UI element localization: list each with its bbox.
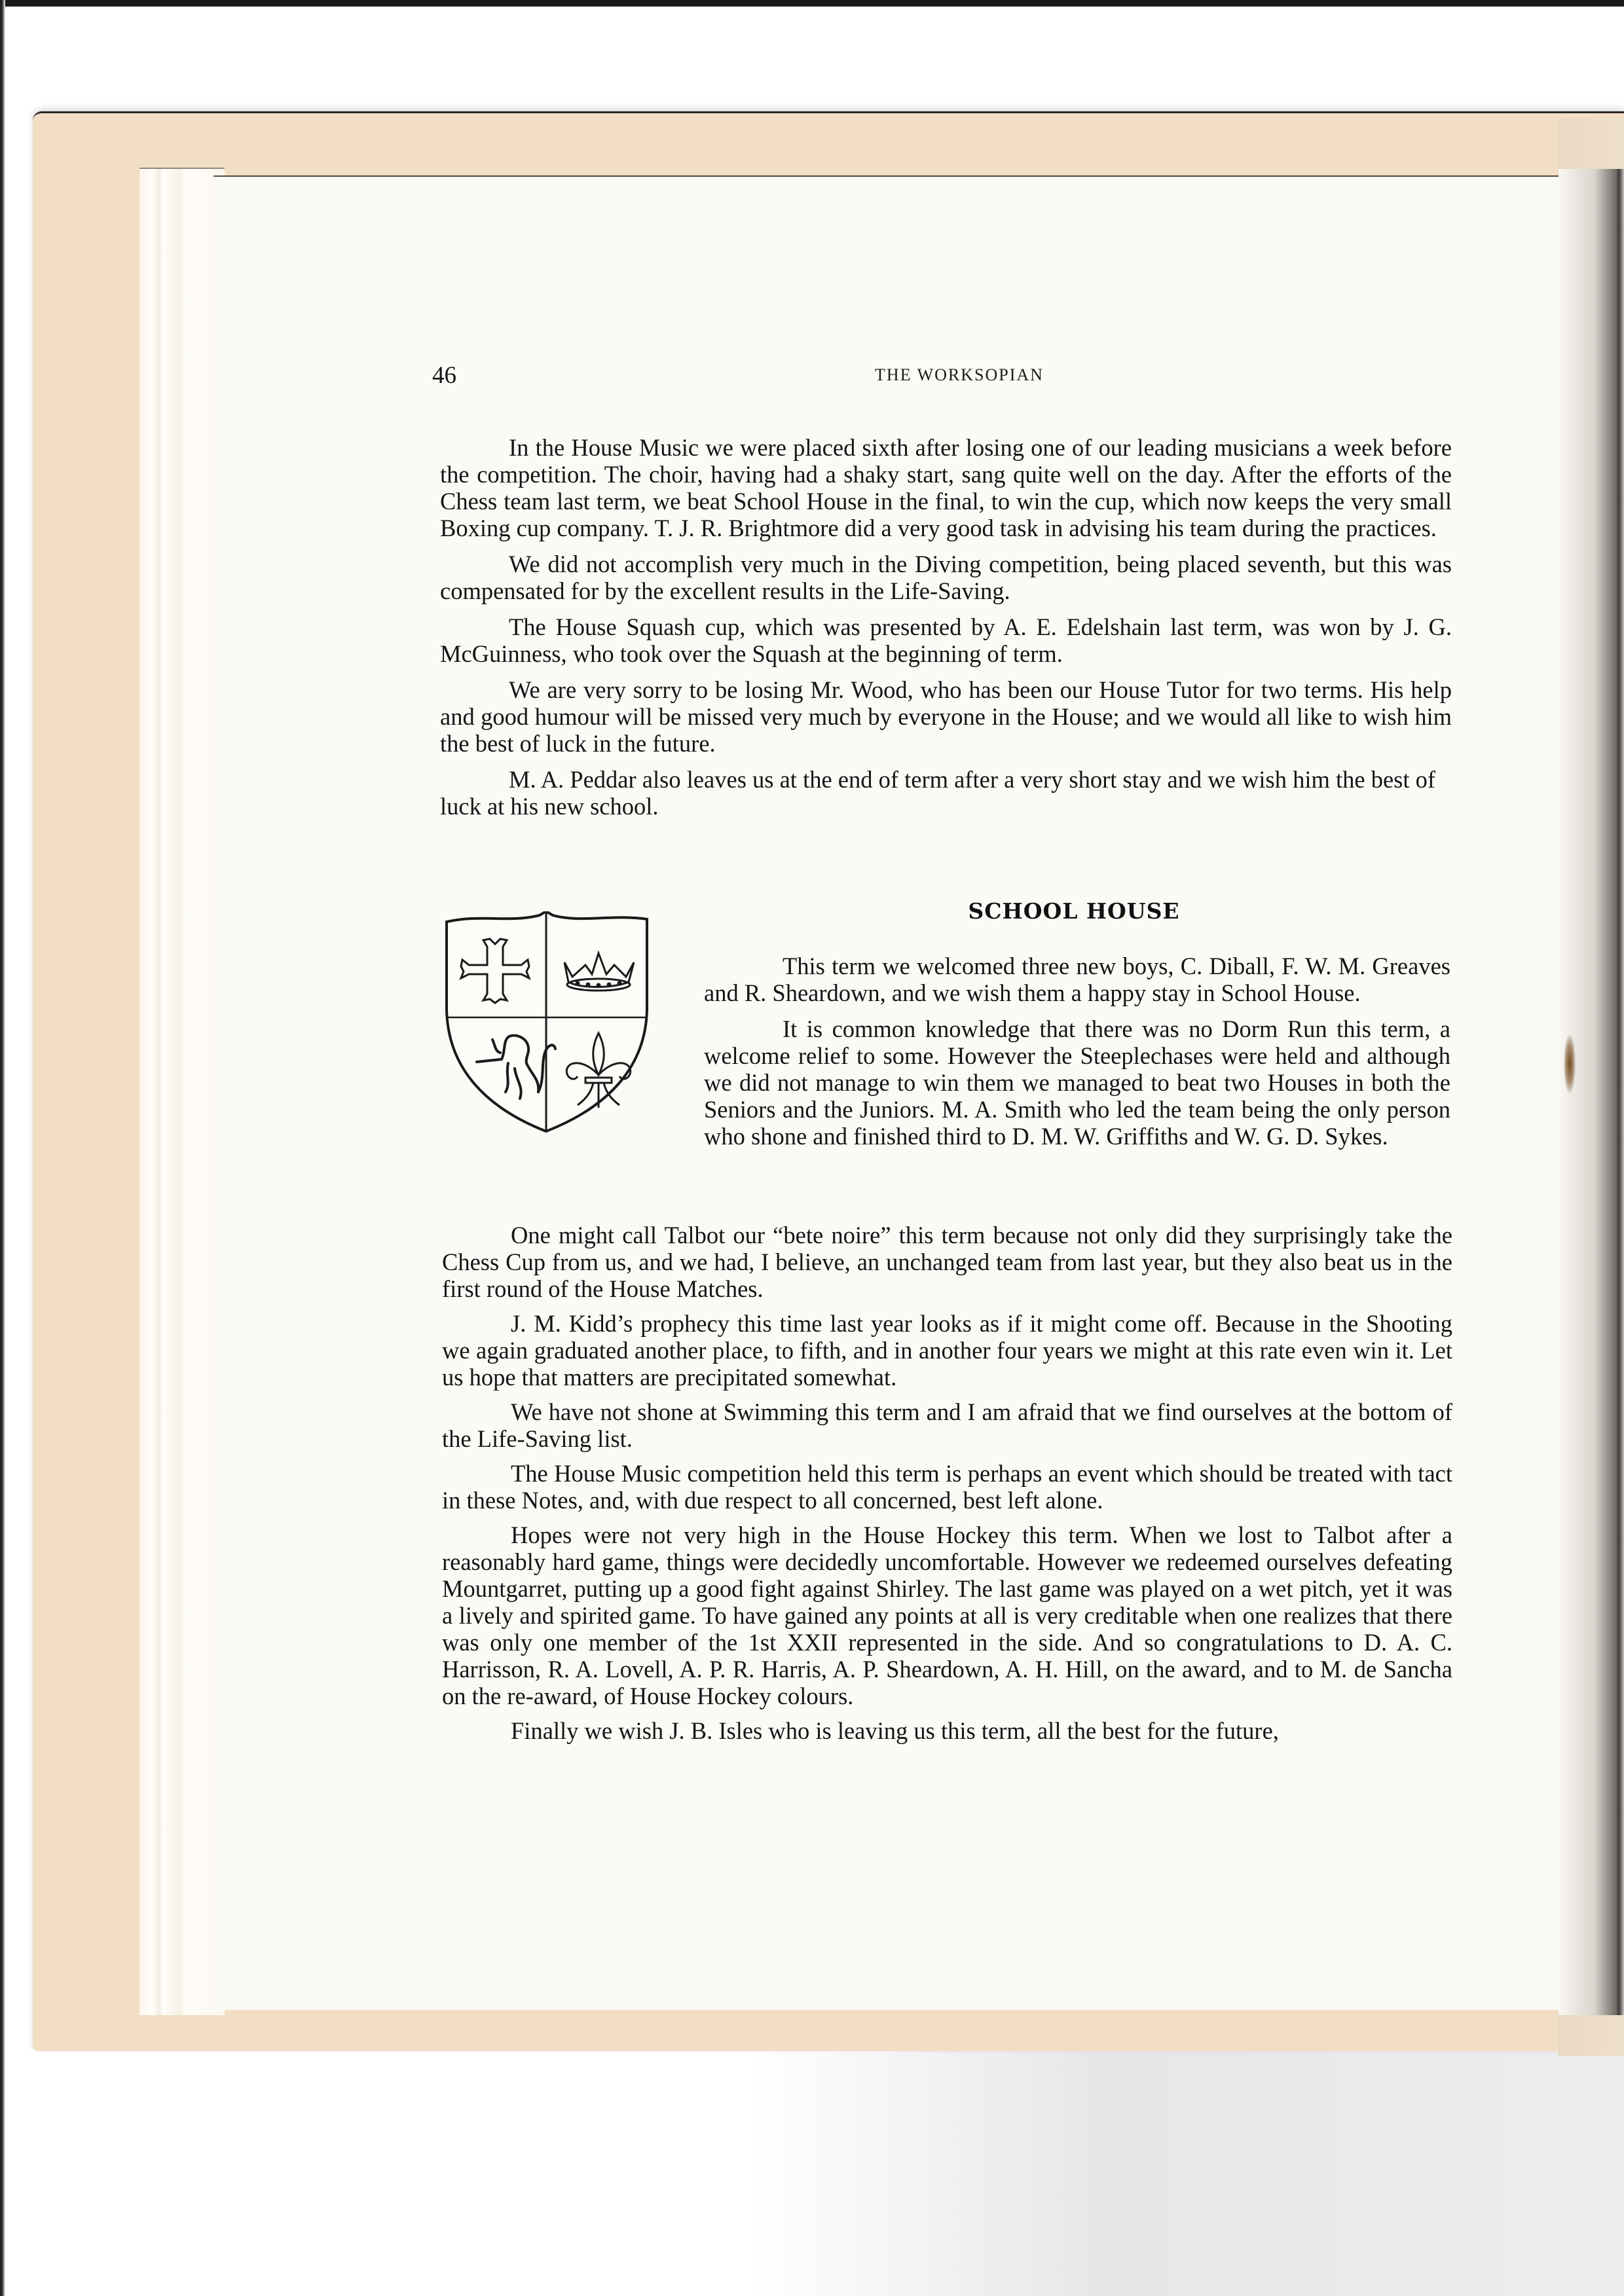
- paragraph: The House Music competition held this te…: [442, 1460, 1452, 1514]
- gutter-stain: [1564, 1034, 1576, 1093]
- paragraph: One might call Talbot our “bete noire” t…: [442, 1222, 1452, 1302]
- scan-shadow: [753, 2043, 1624, 2296]
- scanner-edge-top: [0, 0, 1624, 7]
- school-house-crest-icon: [443, 911, 651, 1134]
- scanner-edge-left: [0, 0, 5, 2296]
- paragraph: We did not accomplish very much in the D…: [440, 551, 1452, 604]
- paragraph: In the House Music we were placed sixth …: [440, 434, 1452, 541]
- paragraph: J. M. Kidd’s prophecy this time last yea…: [442, 1310, 1452, 1391]
- section-title: SCHOOL HOUSE: [688, 898, 1460, 924]
- paragraph: Finally we wish J. B. Isles who is leavi…: [442, 1717, 1452, 1744]
- paragraph: It is common knowledge that there was no…: [704, 1015, 1450, 1150]
- paragraph: We have not shone at Swimming this term …: [442, 1398, 1452, 1452]
- paragraph: Hopes were not very high in the House Ho…: [442, 1522, 1452, 1709]
- paragraph: The House Squash cup, which was presente…: [440, 613, 1452, 667]
- paragraph: We are very sorry to be losing Mr. Wood,…: [440, 676, 1452, 757]
- previous-house-notes: In the House Music we were placed sixth …: [440, 434, 1452, 829]
- paragraph: This term we welcomed three new boys, C.…: [704, 953, 1450, 1006]
- school-house-intro: This term we welcomed three new boys, C.…: [704, 953, 1450, 1159]
- page-edges: [139, 168, 225, 2015]
- paragraph: M. A. Peddar also leaves us at the end o…: [440, 766, 1452, 820]
- journal-title: THE WORKSOPIAN: [432, 365, 1460, 385]
- running-head: 46 THE WORKSOPIAN: [432, 361, 1460, 388]
- school-house-notes: One might call Talbot our “bete noire” t…: [442, 1222, 1452, 1752]
